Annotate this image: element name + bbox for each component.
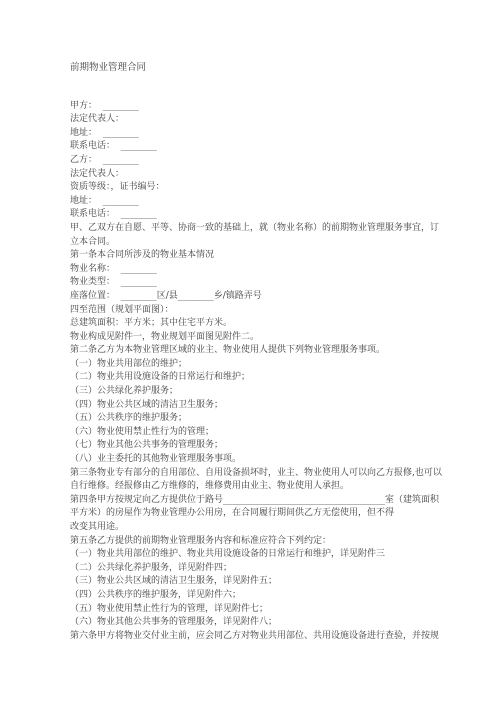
document-line: 第三条物业专有部分的自用部位、自用设备损坏时，业主、物业使用人可以向乙方报修,也… [70, 467, 438, 481]
document-line: 第二条乙方为本物业管理区域的业主、物业使用人提供下列物业管理服务事项。 [70, 344, 438, 358]
document-line: 自行维修。经报修由乙方维修的，维修费用由业主、物业使用人承担。 [70, 480, 438, 494]
document-line: （七）物业其他公共事务的管理服务； [70, 439, 438, 453]
document-line: 平方米）的房屋作为物业管理办公用房，在合同履行期间供乙方无偿使用，但不得 [70, 507, 438, 521]
document-line: 法定代表人： [70, 168, 438, 182]
document-line: （六）物业使用禁止性行为的管理； [70, 426, 438, 440]
document-line: （二）公共绿化养护服务，详见附件四； [70, 562, 438, 576]
document-line: 资质等级：，证书编号： [70, 181, 438, 195]
document-line: 四至范围（规划平面图）： [70, 304, 438, 318]
document-line: （三）物业公共区域的清洁卫生服务，详见附件五； [70, 575, 438, 589]
document-line: （五）公共秩序的维护服务； [70, 412, 438, 426]
document-line: 地址： ________ [70, 195, 438, 209]
document-line: 甲方： ________ [70, 100, 438, 114]
document-line: 第六条甲方将物业交付业主前，应会同乙方对物业共用部位、共用设施设备进行查验，并按… [70, 630, 438, 644]
contract-page: 前期物业管理合同 甲方： ________法定代表人：地址： ________联… [0, 0, 500, 707]
document-line: 物业类型： ________ [70, 276, 438, 290]
document-line: 法定代表人： [70, 113, 438, 127]
document-line: 甲、乙双方在自愿、平等、协商一致的基础上，就（物业名称）的前期物业管理服务事宜，… [70, 222, 438, 236]
document-line: （八）业主委托的其他物业管理服务事项。 [70, 453, 438, 467]
document-line: 座落位置： ________区/县________乡/镇路弄号 [70, 290, 438, 304]
document-line: 第四条甲方按规定向乙方提供位于路号_______________________… [70, 494, 438, 508]
document-line: （二）物业共用设施设备的日常运行和维护； [70, 371, 438, 385]
document-title: 前期物业管理合同 [70, 61, 438, 75]
document-line: （四）物业公共区域的清洁卫生服务； [70, 399, 438, 413]
document-line: 联系电话： ________ [70, 208, 438, 222]
document-line: 物业名称： ________ [70, 263, 438, 277]
document-line: 联系电话： ________ [70, 140, 438, 154]
document-line: （三）公共绿化养护服务； [70, 385, 438, 399]
document-line: 立本合同。 [70, 236, 438, 250]
document-line: 地址： ________ [70, 127, 438, 141]
document-line: （四）公共秩序的维护服务，详见附件六； [70, 589, 438, 603]
document-line: 物业构成见附件一，物业规划平面图见附件二。 [70, 331, 438, 345]
document-line: （一）物业共用部位的维护； [70, 358, 438, 372]
document-line: 第五条乙方提供的前期物业管理服务内容和标准应符合下列约定： [70, 535, 438, 549]
document-line: 乙方： ________ [70, 154, 438, 168]
document-line: （六）物业其他公共事务的管理服务，详见附件八； [70, 616, 438, 630]
document-body: 甲方： ________法定代表人：地址： ________联系电话： ____… [70, 100, 438, 644]
document-line: 改变其用途。 [70, 521, 438, 535]
document-line: （一）物业共用部位的维护、物业共用设施设备的日常运行和维护，详见附件三 [70, 548, 438, 562]
document-line: 总建筑面积：平方米；其中住宅平方米。 [70, 317, 438, 331]
contract-document: 前期物业管理合同 甲方： ________法定代表人：地址： ________联… [70, 61, 438, 643]
document-line: 第一条本合同所涉及的物业基本情况 [70, 249, 438, 263]
document-line: （五）物业使用禁止性行为的管理，详见附件七； [70, 603, 438, 617]
